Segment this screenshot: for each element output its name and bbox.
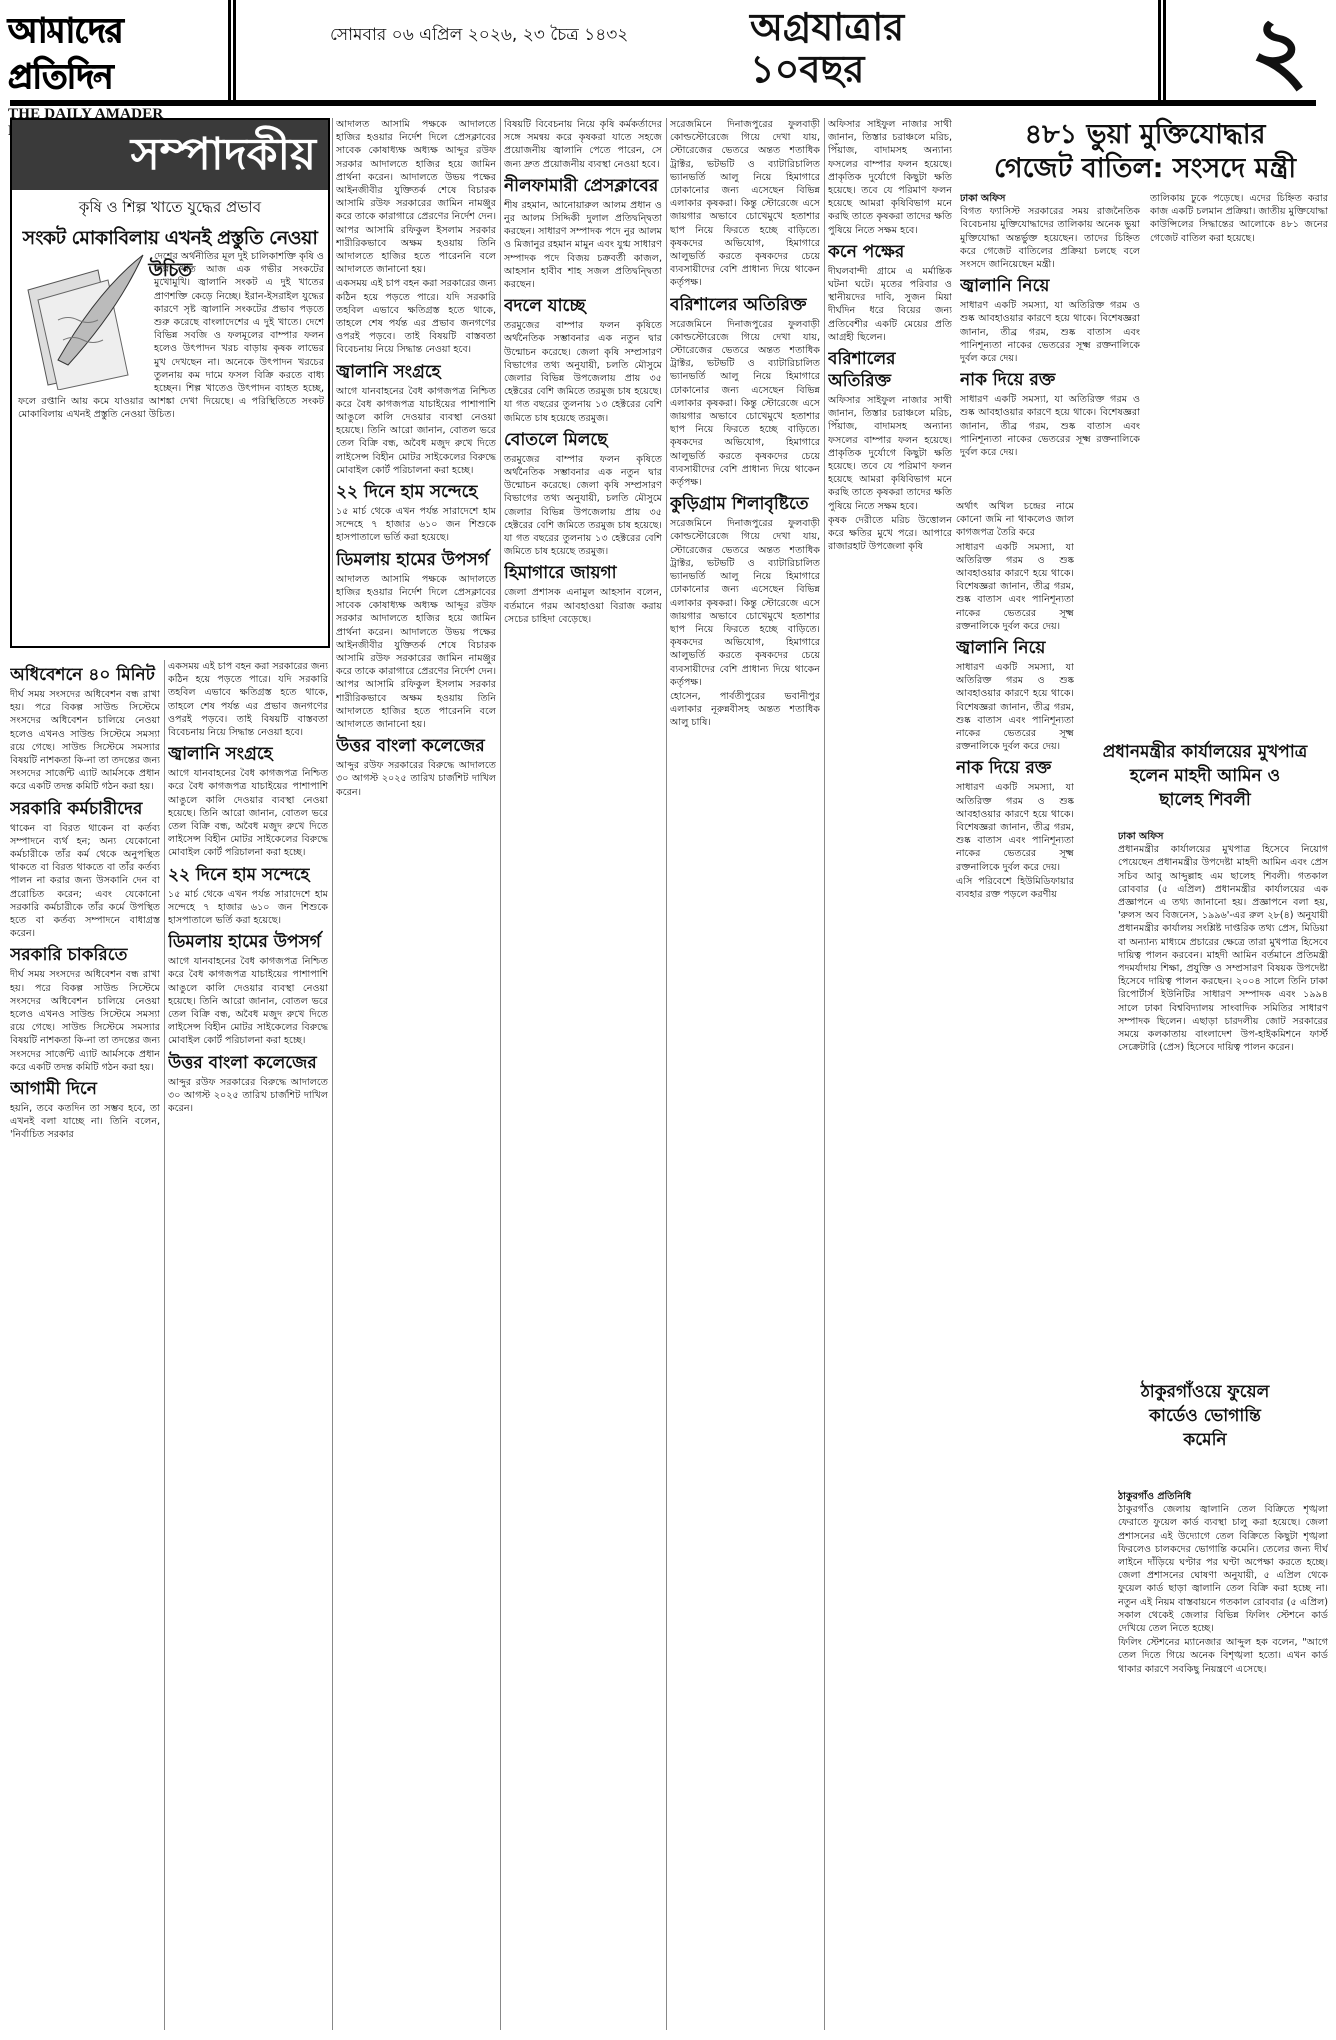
article-text: আদালত আসামি পক্ষকে আদালতে হাজির হওয়ার ন…: [336, 118, 496, 276]
article-text: আব্দুর রউফ সরকারের বিরুদ্ধে আদালতে ৩০ আগ…: [336, 759, 496, 799]
column-6: অর্থাৎ অখিল চন্দ্রের নামে কোনো জমি না থা…: [956, 500, 1074, 2030]
section-heading[interactable]: ডিমলায় হামের উপসর্গ: [336, 549, 496, 571]
section-heading[interactable]: বরিশালের অতিরিক্ত: [828, 348, 952, 392]
side-2-line2: কার্ডেও ভোগান্তি: [1080, 1404, 1330, 1428]
section-heading[interactable]: জ্বালানি নিয়ে: [956, 637, 1074, 659]
article-text: বিষয়টি বিবেচনায় নিয়ে কৃষি কর্মকর্তাদে…: [504, 118, 662, 171]
article-text: আদালত আসামি পক্ষকে আদালতে হাজির হওয়ার ন…: [336, 573, 496, 731]
masthead-rule: [10, 100, 1316, 106]
article-text: একসময় এই চাপ বহন করা সরকারের জন্য কঠিন …: [336, 277, 496, 356]
lead-story-right: তালিকায় ঢুকে পড়েছে। এদের চিহ্নিত করার …: [1150, 192, 1328, 432]
side-2-line3: কমেনি: [1080, 1428, 1330, 1452]
side-story-1-headline[interactable]: প্রধানমন্ত্রীর কার্যালয়ের মুখপাত্র হলেন…: [1080, 740, 1330, 812]
masthead-divider: [1163, 0, 1166, 100]
lead-headline[interactable]: ৪৮১ ভুয়া মুক্তিযোদ্ধার গেজেট বাতিল: সংস…: [960, 118, 1330, 186]
article-text: ঠাকুরগাঁও জেলায় জ্বালানি তেল বিক্রিতে শ…: [1118, 1503, 1328, 1635]
article-text: আগে যানবাহনের বৈধ কাগজপত্র নিশ্চিত করে ব…: [336, 385, 496, 477]
article-text: তরমুজের বাম্পার ফলন কৃষিতে অর্থনৈতিক সম্…: [504, 453, 662, 559]
column-3: বিষয়টি বিবেচনায় নিয়ে কৃষি কর্মকর্তাদে…: [504, 118, 662, 2030]
section-heading[interactable]: নীলফামারী প্রেসক্লাবের: [504, 175, 662, 197]
section-heading[interactable]: কুড়িগ্রাম শিলাবৃষ্টিতে: [670, 493, 820, 515]
editorial-kicker: কৃষি ও শিল্প খাতে যুদ্ধের প্রভাব: [12, 196, 328, 221]
lead-headline-line1: ৪৮১ ভুয়া মুক্তিযোদ্ধার: [960, 118, 1330, 152]
article-text: দীঘলবান্দী গ্রামে এ মর্মান্তিক ঘটনা ঘটে।…: [828, 265, 952, 344]
editorial-body: দেশের অর্থনীতির মূল দুই চালিকাশক্তি কৃষি…: [18, 250, 324, 422]
section-heading[interactable]: কনে পক্ষের: [828, 241, 952, 263]
anniversary-line1: অগ্রযাত্রার: [750, 4, 904, 49]
page-number: ২: [1250, 0, 1309, 100]
masthead-divider: [1158, 0, 1161, 100]
section-heading[interactable]: বদলে যাচ্ছে: [504, 295, 662, 317]
masthead-divider: [233, 0, 236, 100]
article-text: সরেজমিনে দিনাজপুরের ফুলবাড়ী কোল্ডস্টোরে…: [670, 517, 820, 689]
section-heading[interactable]: হিমাগারে জায়গা: [504, 562, 662, 584]
article-text: ফিলিং স্টেশনের ম্যানেজার আব্দুল হক বলেন,…: [1118, 1636, 1328, 1676]
issue-date: সোমবার ০৬ এপ্রিল ২০২৬, ২৩ চৈত্র ১৪৩২: [330, 22, 628, 50]
section-heading[interactable]: আগামী দিনে: [10, 1078, 160, 1100]
lead-headline-line2: গেজেট বাতিল: সংসদে মন্ত্রী: [960, 152, 1330, 186]
article-text: অর্থাৎ অখিল চন্দ্রের নামে কোনো জমি না থা…: [956, 500, 1074, 540]
column-rule: [500, 118, 501, 2030]
column-1: অধিবেশনে ৪০ মিনিট দীর্ঘ সময় সংসদের অধিব…: [10, 660, 160, 2030]
section-heading[interactable]: ২২ দিনে হাম সন্দেহে: [336, 481, 496, 503]
article-text: দীর্ঘ সময় সংসদের অধিবেশন বন্ধ রাখা হয়।…: [10, 688, 160, 794]
anniversary-line2: ১০বছর: [750, 48, 904, 90]
article-text: বিগত ফ্যাসিস্ট সরকারের সময় রাজনৈতিক বিব…: [960, 205, 1140, 271]
article-text: জেলা প্রশাসক এনামুল আহসান বলেন, বর্তমানে…: [504, 586, 662, 626]
article-text: শীষ রহমান, আনোয়ারুল আলম প্রধান ও নুর আল…: [504, 199, 662, 291]
article-text: কৃষক দেরীতে মরিচ উত্তোলন করে ক্ষতির মুখে…: [828, 514, 952, 554]
side-story-1-body: ঢাকা অফিস প্রধানমন্ত্রীর কার্যালয়ের মুখ…: [1118, 830, 1328, 1350]
article-text: ১৫ মার্চ থেকে এখন পর্যন্ত সারাদেশে হাম স…: [336, 505, 496, 545]
newspaper-logo[interactable]: আমাদের প্রতিদিন THE DAILY AMADER PROTIDI…: [8, 8, 228, 108]
column-2: আদালত আসামি পক্ষকে আদালতে হাজির হওয়ার ন…: [336, 118, 496, 2030]
article-text: সরেজমিনে দিনাজপুরের ফুলবাড়ী কোল্ডস্টোরে…: [670, 318, 820, 490]
masthead-divider: [228, 0, 231, 100]
article-text: সাধারণ একটি সমস্যা, যা অতিরিক্ত গরম ও শু…: [956, 541, 1074, 633]
article-text: অফিসার সাইফুল নাজার সাথী জানান, তিস্তার …: [828, 394, 952, 513]
column-4: সরেজমিনে দিনাজপুরের ফুলবাড়ী কোল্ডস্টোরে…: [670, 118, 820, 2030]
logo-bengali: আমাদের প্রতিদিন: [8, 8, 228, 100]
column-1b: একসময় এই চাপ বহন করা সরকারের জন্য কঠিন …: [168, 660, 328, 2030]
section-heading[interactable]: অধিবেশনে ৪০ মিনিট: [10, 664, 160, 686]
lead-dateline: ঢাকা অফিস: [960, 192, 1140, 205]
section-heading[interactable]: জ্বালানি সংগ্রহে: [168, 743, 328, 765]
article-text: হয়নি, তবে কতদিন তা সম্ভব হবে, তা এখনই ব…: [10, 1102, 160, 1142]
article-text: দীর্ঘ সময় সংসদের অধিবেশন বন্ধ রাখা হয়।…: [10, 968, 160, 1074]
article-text: সাধারণ একটি সমস্যা, যা অতিরিক্ত গরম ও শু…: [960, 393, 1140, 459]
editorial-banner: সম্পাদকীয়: [12, 120, 328, 190]
side-story-2-headline[interactable]: ঠাকুরগাঁওয়ে ফুয়েল কার্ডেও ভোগান্তি কমে…: [1080, 1380, 1330, 1452]
side-1-dateline: ঢাকা অফিস: [1118, 830, 1328, 843]
section-heading[interactable]: উত্তর বাংলা কলেজের: [168, 1052, 328, 1074]
editorial-box: সম্পাদকীয় কৃষি ও শিল্প খাতে যুদ্ধের প্র…: [10, 118, 330, 648]
article-text: এসি পরিবেশে হিউমিডিফায়ার ব্যবহার রক্ত প…: [956, 875, 1074, 901]
article-text: প্রধানমন্ত্রীর কার্যালয়ের মুখপাত্র হিসে…: [1118, 843, 1328, 1054]
side-2-dateline: ঠাকুরগাঁও প্রতিনিধি: [1118, 1490, 1328, 1503]
article-text: তালিকায় ঢুকে পড়েছে। এদের চিহ্নিত করার …: [1150, 192, 1328, 245]
column-rule: [824, 118, 825, 2030]
section-heading[interactable]: জ্বালানি নিয়ে: [960, 275, 1140, 297]
quill-pen-icon: [18, 250, 148, 390]
section-heading[interactable]: সরকারি চাকরিতে: [10, 944, 160, 966]
article-text: ১৫ মার্চ থেকে এখন পর্যন্ত সারাদেশে হাম স…: [168, 888, 328, 928]
section-heading[interactable]: ২২ দিনে হাম সন্দেহে: [168, 864, 328, 886]
section-heading[interactable]: জ্বালানি সংগ্রহে: [336, 361, 496, 383]
article-text: তরমুজের বাম্পার ফলন কৃষিতে অর্থনৈতিক সম্…: [504, 319, 662, 425]
article-text: থাকেন বা বিরত থাকেন বা কর্তব্য সম্পাদনে …: [10, 822, 160, 941]
section-heading[interactable]: উত্তর বাংলা কলেজের: [336, 735, 496, 757]
side-1-line3: ছালেহ শিবলী: [1080, 788, 1330, 812]
article-text: আব্দুর রউফ সরকারের বিরুদ্ধে আদালতে ৩০ আগ…: [168, 1076, 328, 1116]
column-5: অফিসার সাইফুল নাজার সাথী জানান, তিস্তার …: [828, 118, 952, 2030]
section-heading[interactable]: সরকারি কর্মচারীদের: [10, 798, 160, 820]
side-1-line2: হলেন মাহদী আমিন ও: [1080, 764, 1330, 788]
article-text: সরেজমিনে দিনাজপুরের ফুলবাড়ী কোল্ডস্টোরে…: [670, 118, 820, 290]
article-text: সাধারণ একটি সমস্যা, যা অতিরিক্ত গরম ও শু…: [956, 781, 1074, 873]
side-story-2-body: ঠাকুরগাঁও প্রতিনিধি ঠাকুরগাঁও জেলায় জ্ব…: [1118, 1490, 1328, 2030]
article-text: সাধারণ একটি সমস্যা, যা অতিরিক্ত গরম ও শু…: [956, 661, 1074, 753]
article-text: আগে যানবাহনের বৈধ কাগজপত্র নিশ্চিত করে ব…: [168, 767, 328, 859]
column-rule: [666, 118, 667, 2030]
masthead: আমাদের প্রতিদিন THE DAILY AMADER PROTIDI…: [0, 0, 1336, 128]
section-heading[interactable]: ডিমলায় হামের উপসর্গ: [168, 931, 328, 953]
section-heading[interactable]: বরিশালের অতিরিক্ত: [670, 294, 820, 316]
section-heading[interactable]: বোতলে মিলছে: [504, 429, 662, 451]
side-1-line1: প্রধানমন্ত্রীর কার্যালয়ের মুখপাত্র: [1080, 740, 1330, 764]
anniversary-badge: অগ্রযাত্রার ১০বছর: [750, 6, 904, 90]
section-heading[interactable]: নাক দিয়ে রক্ত: [956, 757, 1074, 779]
article-text: আগে যানবাহনের বৈধ কাগজপত্র নিশ্চিত করে ব…: [168, 955, 328, 1047]
column-rule: [164, 660, 165, 2030]
column-rule: [332, 118, 333, 2030]
article-text: সাধারণ একটি সমস্যা, যা অতিরিক্ত গরম ও শু…: [960, 299, 1140, 365]
article-text: অফিসার সাইফুল নাজার সাথী জানান, তিস্তার …: [828, 118, 952, 237]
article-text: একসময় এই চাপ বহন করা সরকারের জন্য কঠিন …: [168, 660, 328, 739]
article-text: হোসেন, পার্বতীপুরের ভবানীপুর এলাকার নূরু…: [670, 690, 820, 730]
side-2-line1: ঠাকুরগাঁওয়ে ফুয়েল: [1080, 1380, 1330, 1404]
section-heading[interactable]: নাক দিয়ে রক্ত: [960, 369, 1140, 391]
